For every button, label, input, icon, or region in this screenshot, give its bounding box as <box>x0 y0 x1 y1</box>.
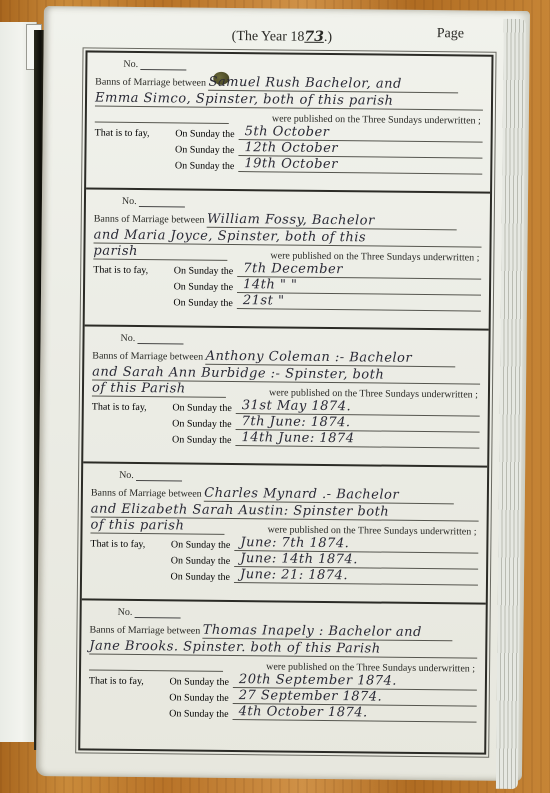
that-is-to-say-label: That is to fay, <box>92 402 162 414</box>
register-page: (The Year 1873.) Page No. Banns of Marri… <box>36 6 530 781</box>
banns-label: Banns of Marriage between <box>95 77 206 89</box>
sunday-label: On Sunday the <box>163 297 237 309</box>
page-edges <box>496 19 526 789</box>
names-line-3: of this Parish <box>92 382 226 398</box>
year-handwritten: 73 <box>304 29 324 45</box>
names-line-3: parish <box>93 245 227 261</box>
banns-entry-2: No. Banns of Marriage between William Fo… <box>85 189 490 330</box>
sunday-label: On Sunday the <box>165 128 239 140</box>
that-is-to-say-label: That is to fay, <box>95 128 165 140</box>
names-line-1: Anthony Coleman :- Bachelor <box>206 350 456 368</box>
names-line-1: Charles Mynard .- Bachelor <box>204 487 454 505</box>
sunday-label: On Sunday the <box>162 418 236 430</box>
names-line-1: Samuel Rush Bachelor, and <box>208 76 458 94</box>
sunday-label: On Sunday the <box>162 402 236 414</box>
sunday-label: On Sunday the <box>164 160 238 172</box>
left-book-page <box>0 22 37 742</box>
sunday-date-3: 4th October 1874. <box>233 704 477 723</box>
names-line-1: Thomas Inapely : Bachelor and <box>203 624 453 642</box>
banns-entry-1: No. Banns of Marriage between Samuel Rus… <box>86 52 491 193</box>
names-line-3: of this parish <box>90 519 224 535</box>
sunday-label: On Sunday the <box>164 144 238 156</box>
names-line-3 <box>89 656 223 672</box>
sunday-date-3: 21st " <box>237 293 481 312</box>
sunday-date-3: 19th October <box>238 156 482 175</box>
sunday-label: On Sunday the <box>159 676 233 688</box>
banns-entry-3: No. Banns of Marriage between Anthony Co… <box>83 326 488 467</box>
year-header: (The Year 1873.) <box>232 28 333 46</box>
page-number-label: Page <box>437 26 464 42</box>
banns-label: Banns of Marriage between <box>94 214 205 226</box>
that-is-to-say-label: That is to fay, <box>93 265 163 277</box>
year-suffix: .) <box>324 30 332 45</box>
banns-label: Banns of Marriage between <box>91 488 202 500</box>
banns-label: Banns of Marriage between <box>89 625 200 637</box>
sunday-label: On Sunday the <box>159 692 233 704</box>
sunday-label: On Sunday the <box>160 571 234 583</box>
year-prefix: (The Year 18 <box>232 29 305 45</box>
banns-entry-5: No. Banns of Marriage between Thomas Ina… <box>80 600 485 741</box>
sunday-label: On Sunday the <box>163 281 237 293</box>
sunday-label: On Sunday the <box>163 265 237 277</box>
that-is-to-say-label: That is to fay, <box>90 539 160 551</box>
names-line-3 <box>95 108 229 124</box>
banns-register-frame: No. Banns of Marriage between Samuel Rus… <box>78 50 493 754</box>
banns-label: Banns of Marriage between <box>92 351 203 363</box>
sunday-label: On Sunday the <box>161 434 235 446</box>
names-line-1: William Fossy, Bachelor <box>207 213 457 231</box>
sunday-date-3: 14th June: 1874 <box>235 430 479 449</box>
sunday-label: On Sunday the <box>160 555 234 567</box>
that-is-to-say-label: That is to fay, <box>89 676 159 688</box>
banns-entry-4: No. Banns of Marriage between Charles My… <box>82 463 487 604</box>
sunday-date-3: June: 21: 1874. <box>234 567 478 586</box>
sunday-label: On Sunday the <box>160 539 234 551</box>
sunday-label: On Sunday the <box>159 708 233 720</box>
